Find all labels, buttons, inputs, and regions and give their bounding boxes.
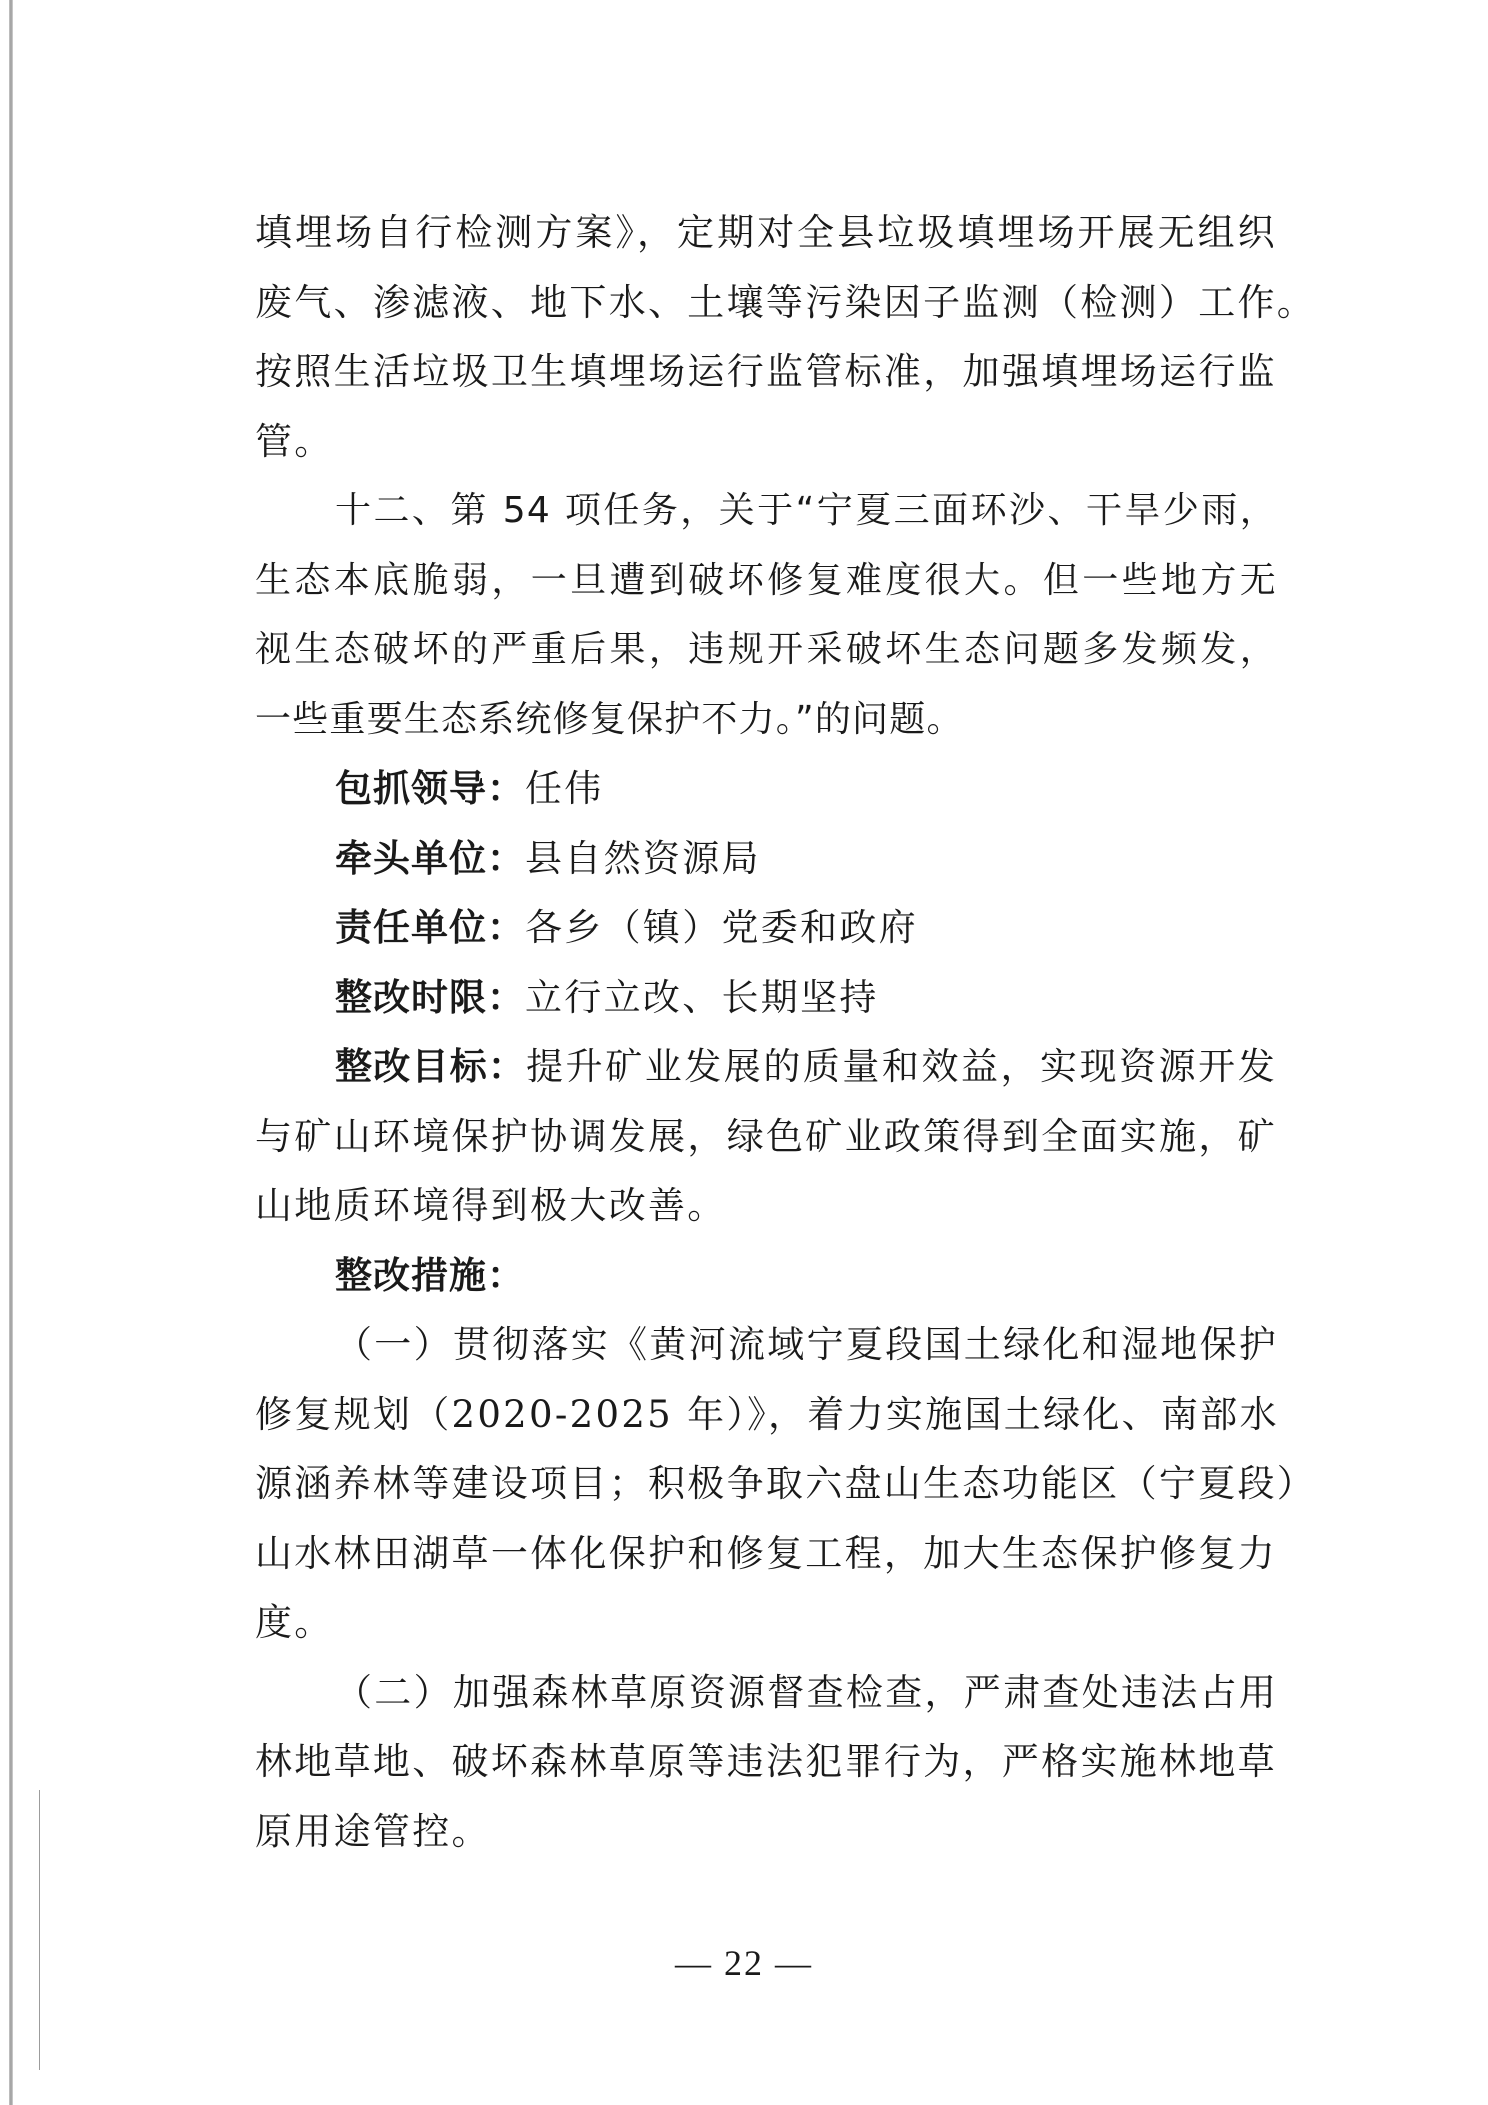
document-page: 填埋场自行检测方案》，定期对全县垃圾填埋场开展无组织 废气、渗滤液、地下水、土壤… (255, 198, 1277, 1866)
measures-label: 整改措施： (335, 1254, 525, 1297)
field-label: 责任单位： (335, 906, 525, 949)
text-line: 按照生活垃圾卫生填埋场运行监管标准，加强填埋场运行监 (255, 337, 1277, 407)
measure-item-2: （二）加强森林草原资源督查检查，严肃查处违法占用 林地草地、破坏森林草原等违法犯… (255, 1658, 1277, 1867)
text-line: 山水林田湖草一体化保护和修复工程，加大生态保护修复力 (255, 1519, 1277, 1589)
text-line: 管。 (255, 407, 1277, 477)
scan-artifact-line (39, 1790, 40, 2070)
field-label: 牵头单位： (335, 837, 525, 880)
page-number: — 22 — (0, 1942, 1488, 1984)
heading-line: 视生态破坏的严重后果，违规开采破坏生态问题多发频发， (255, 615, 1277, 685)
field-value: 任伟 (525, 767, 604, 810)
field-value: 县自然资源局 (525, 837, 761, 880)
field-label: 整改时限： (335, 976, 525, 1019)
heading-line: 十二、第 54 项任务，关于“宁夏三面环沙、干旱少雨， (255, 476, 1277, 546)
scan-edge-shadow (9, 0, 13, 2105)
field-lead-unit: 牵头单位：县自然资源局 (255, 824, 1277, 894)
text-line: 林地草地、破坏森林草原等违法犯罪行为，严格实施林地草 (255, 1727, 1277, 1797)
text-line: 与矿山环境保护协调发展，绿色矿业政策得到全面实施，矿 (255, 1102, 1277, 1172)
field-value: 立行立改、长期坚持 (525, 976, 879, 1019)
section-heading-task-54: 十二、第 54 项任务，关于“宁夏三面环沙、干旱少雨， 生态本底脆弱，一旦遭到破… (255, 476, 1277, 754)
goal-first-line: 整改目标：提升矿业发展的质量和效益，实现资源开发 (255, 1032, 1277, 1102)
rectification-goal: 整改目标：提升矿业发展的质量和效益，实现资源开发 与矿山环境保护协调发展，绿色矿… (255, 1032, 1277, 1241)
paragraph-landfill-monitoring: 填埋场自行检测方案》，定期对全县垃圾填埋场开展无组织 废气、渗滤液、地下水、土壤… (255, 198, 1277, 476)
goal-label: 整改目标： (335, 1045, 526, 1088)
text-line: 填埋场自行检测方案》，定期对全县垃圾填埋场开展无组织 (255, 198, 1277, 268)
task-fields: 包抓领导：任伟 牵头单位：县自然资源局 责任单位：各乡（镇）党委和政府 整改时限… (255, 754, 1277, 1032)
text-line: （一）贯彻落实《黄河流域宁夏段国土绿化和湿地保护 (255, 1310, 1277, 1380)
field-value: 各乡（镇）党委和政府 (525, 906, 918, 949)
field-label: 包抓领导： (335, 767, 525, 810)
text-line: 废气、渗滤液、地下水、土壤等污染因子监测（检测）工作。 (255, 268, 1277, 338)
field-deadline: 整改时限：立行立改、长期坚持 (255, 963, 1277, 1033)
field-responsible-unit: 责任单位：各乡（镇）党委和政府 (255, 893, 1277, 963)
text-line: 度。 (255, 1588, 1277, 1658)
measures-label-line: 整改措施： (255, 1241, 1277, 1311)
heading-line: 一些重要生态系统修复保护不力。”的问题。 (255, 685, 1277, 755)
rectification-measures: 整改措施： （一）贯彻落实《黄河流域宁夏段国土绿化和湿地保护 修复规划（2020… (255, 1241, 1277, 1867)
heading-line: 生态本底脆弱，一旦遭到破坏修复难度很大。但一些地方无 (255, 546, 1277, 616)
measure-item-1: （一）贯彻落实《黄河流域宁夏段国土绿化和湿地保护 修复规划（2020-2025 … (255, 1310, 1277, 1658)
field-responsible-leader: 包抓领导：任伟 (255, 754, 1277, 824)
goal-text: 提升矿业发展的质量和效益，实现资源开发 (526, 1045, 1277, 1088)
text-line: 修复规划（2020-2025 年）》，着力实施国土绿化、南部水 (255, 1380, 1277, 1450)
text-line: 原用途管控。 (255, 1797, 1277, 1867)
text-line: （二）加强森林草原资源督查检查，严肃查处违法占用 (255, 1658, 1277, 1728)
text-line: 源涵养林等建设项目；积极争取六盘山生态功能区（宁夏段） (255, 1449, 1277, 1519)
text-line: 山地质环境得到极大改善。 (255, 1171, 1277, 1241)
